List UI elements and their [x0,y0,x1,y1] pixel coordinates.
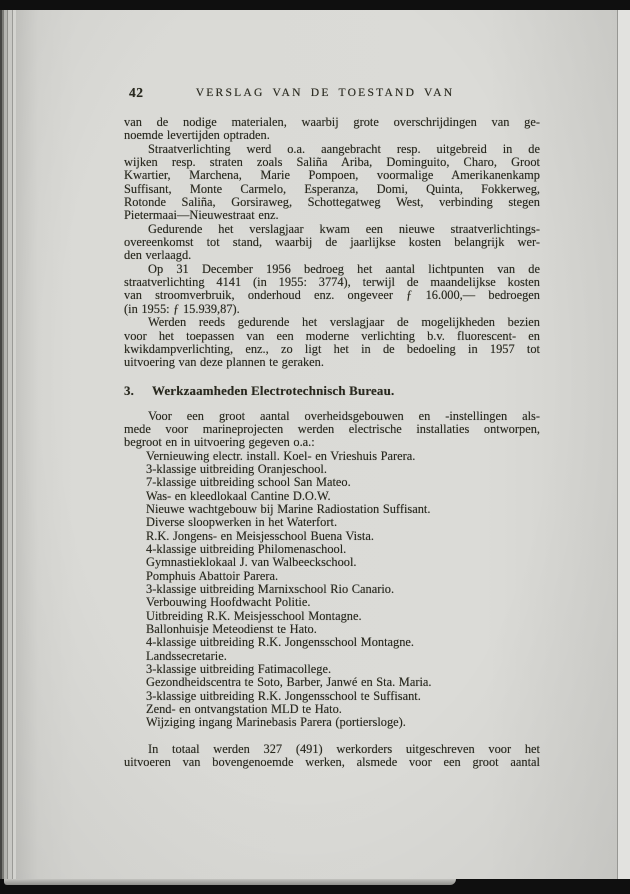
list-item: Pomphuis Abattoir Parera. [124,570,540,583]
book-page: 42 VERSLAG VAN DE TOESTAND VAN van de no… [16,10,618,879]
text-line: Voor een groot aantal overheidsgebouwen … [124,410,540,423]
list-item: 3-klassige uitbreiding Fatimacollege. [124,663,540,676]
list-item: Landssecretarie. [124,650,540,663]
list-item: 4-klassige uitbreiding R.K. Jongensschoo… [124,636,540,649]
paragraph: In totaal werden 327 (491) werkorders ui… [124,743,540,770]
text-line: van stroomverbruik, onderhoud enz. ongev… [124,289,540,302]
paragraph: Werden reeds gedurende het verslagjaar d… [124,316,540,369]
text-line: Op 31 December 1956 bedroeg het aantal l… [124,263,540,276]
page-body: van de nodige materialen, waarbij grote … [124,116,540,769]
text-line: van de nodige materialen, waarbij grote … [124,116,540,129]
section-title: Werkzaamheden Electrotechnisch Bureau. [152,384,394,398]
list-item: Gymnastieklokaal J. van Walbeeckschool. [124,556,540,569]
text-line: kwikdampverlichting, enz., zo ligt het i… [124,343,540,356]
text-line: Gedurende het verslagjaar kwam een nieuw… [124,223,540,236]
list-item: 3-klassige uitbreiding Marnixschool Rio … [124,583,540,596]
list-item: Ballonhuisje Meteodienst te Hato. [124,623,540,636]
text-line: (in 1955: ƒ 15.939,87). [124,303,540,316]
list-item: 3-klassige uitbreiding Oranjeschool. [124,463,540,476]
section-heading: 3.Werkzaamheden Electrotechnisch Bureau. [124,384,540,398]
page-header: 42 VERSLAG VAN DE TOESTAND VAN [124,86,540,100]
text-line: overeenkomst tot stand, waarbij de jaarl… [124,236,540,249]
text-line: Kwartier, Marchena, Marie Pompoen, voorm… [124,169,540,182]
list-item: Zend- en ontvangstation MLD te Hato. [124,703,540,716]
list-item: Nieuwe wachtgebouw bij Marine Radiostati… [124,503,540,516]
bottom-page-edges [4,879,456,885]
paragraph: van de nodige materialen, waarbij grote … [124,116,540,143]
paragraph: Straatverlichting werd o.a. aangebracht … [124,143,540,223]
list-item: 7-klassige uitbreiding school San Mateo. [124,476,540,489]
text-line: mede voor marineprojecten werden electri… [124,423,540,436]
list-item: Was- en kleedlokaal Cantine D.O.W. [124,490,540,503]
text-line: den verlaagd. [124,249,540,262]
paragraph: Voor een groot aantal overheidsgebouwen … [124,410,540,450]
list-item: Vernieuwing electr. install. Koel- en Vr… [124,450,540,463]
list-item: 4-klassige uitbreiding Philomenaschool. [124,543,540,556]
text-line: Pietermaai—Nieuwestraat enz. [124,209,540,222]
text-line: Straatverlichting werd o.a. aangebracht … [124,143,540,156]
list-item: 3-klassige uitbreiding R.K. Jongensschoo… [124,690,540,703]
text-line: uitvoering van deze plannen te geraken. [124,356,540,369]
list-item: Gezondheidscentra te Soto, Barber, Janwé… [124,676,540,689]
text-line: begroot en in uitvoering gegeven o.a.: [124,436,540,449]
text-line: In totaal werden 327 (491) werkorders ui… [124,743,540,756]
text-line: Rotonde Saliña, Gorsiraweg, Schottegatwe… [124,196,540,209]
text-line: Suffisant, Monte Carmelo, Esperanza, Dom… [124,183,540,196]
list-item: Verbouwing Hoofdwacht Politie. [124,596,540,609]
page-number: 42 [129,85,144,101]
open-book: 42 VERSLAG VAN DE TOESTAND VAN van de no… [0,10,630,879]
paragraph: Op 31 December 1956 bedroeg het aantal l… [124,263,540,316]
printed-content: 42 VERSLAG VAN DE TOESTAND VAN van de no… [124,86,540,769]
text-line: noemde levertijden optraden. [124,129,540,142]
text-line: voor het toepassen van een moderne verli… [124,330,540,343]
paragraph: Gedurende het verslagjaar kwam een nieuw… [124,223,540,263]
list-item: R.K. Jongens- en Meisjesschool Buena Vis… [124,530,540,543]
text-line: uitvoeren van bovengenoemde werken, alsm… [124,756,540,769]
works-list: Vernieuwing electr. install. Koel- en Vr… [124,450,540,730]
running-title: VERSLAG VAN DE TOESTAND VAN [124,86,540,99]
list-item: Uitbreiding R.K. Meisjesschool Montagne. [124,610,540,623]
list-item: Diverse sloopwerken in het Waterfort. [124,516,540,529]
text-line: wijken resp. straten zoals Saliña Ariba,… [124,156,540,169]
section-number: 3. [124,384,152,398]
list-item: Wijziging ingang Marinebasis Parera (por… [124,716,540,729]
text-line: Werden reeds gedurende het verslagjaar d… [124,316,540,329]
scanned-book-page: 42 VERSLAG VAN DE TOESTAND VAN van de no… [0,0,630,894]
text-line: straatverlichting 4141 (in 1955: 3774), … [124,276,540,289]
next-page-edge [618,10,630,879]
